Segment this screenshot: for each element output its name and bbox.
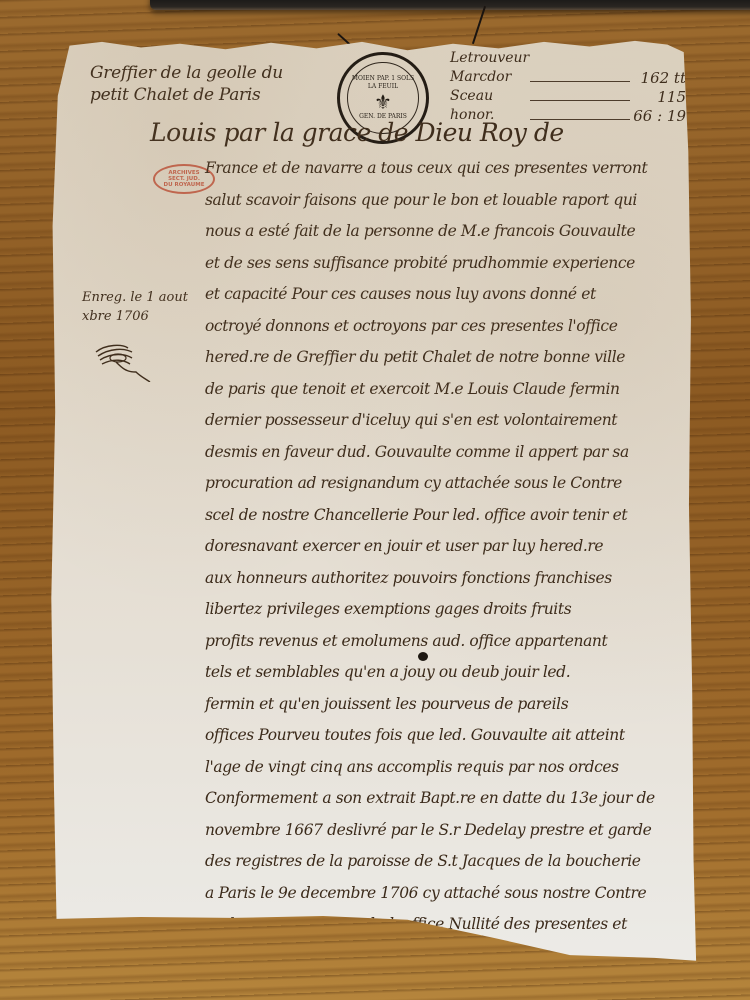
header-left-note: Greffier de la geolle du petit Chalet de… (90, 62, 283, 106)
document-title: Louis par la grace de Dieu Roy de (150, 118, 564, 147)
margin-note-line: xbre 1706 (82, 307, 188, 326)
body-line: de sa reception Si donnons en mandement (205, 941, 695, 973)
body-line: des registres de la paroisse de S.t Jacq… (205, 846, 695, 878)
margin-note-line: Enreg. le 1 aout (82, 288, 188, 307)
header-left-line: petit Chalet de Paris (90, 84, 283, 106)
fee-value: 162 tt (641, 69, 686, 87)
body-line: tels et semblables qu'en a jouy ou deub … (205, 657, 695, 689)
archive-stamp-line: DU ROYAUME (164, 182, 205, 188)
dark-object-top-edge (150, 0, 750, 10)
margin-registration-note: Enreg. le 1 aout xbre 1706 (82, 288, 188, 326)
manuscript-page: Greffier de la geolle du petit Chalet de… (50, 40, 700, 970)
body-line: octroyé donnons et octroyons par ces pre… (205, 311, 695, 343)
fee-row: Letrouveur (450, 50, 690, 69)
fee-value: 66 : 19 (633, 107, 686, 125)
body-line: nous a esté fait de la personne de M.e f… (205, 216, 695, 248)
body-line: procuration ad resignandum cy attachée s… (205, 468, 695, 500)
body-line: profits revenus et emolumens aud. office… (205, 626, 695, 658)
body-line: hered.re de Greffier du petit Chalet de … (205, 342, 695, 374)
body-line: salut scavoir faisons que pour le bon et… (205, 185, 695, 217)
body-line: France et de navarre a tous ceux qui ces… (205, 153, 695, 185)
ink-blot (418, 652, 428, 661)
body-line: doresnavant exercer en jouir et user par… (205, 531, 695, 563)
fee-row: Marcdor 162 tt (450, 69, 690, 88)
fee-label: Sceau (450, 88, 493, 104)
body-line: offices Pourveu toutes fois que led. Gou… (205, 720, 695, 752)
body-line: fermin et qu'en jouissent les pourveus d… (205, 689, 695, 721)
body-line: a Paris le 9e decembre 1706 cy attaché s… (205, 878, 695, 910)
body-line: au prevost de paris ou son lieutenant Ci… (205, 972, 695, 1000)
body-line: dernier possesseur d'iceluy qui s'en est… (205, 405, 695, 437)
fees-list: Letrouveur Marcdor 162 tt Sceau 115 hono… (450, 50, 690, 126)
body-line: scel de nostre Chancellerie Pour led. of… (205, 500, 695, 532)
fee-rule (530, 81, 630, 82)
body-line: Conformement a son extrait Bapt.re en da… (205, 783, 695, 815)
body-line: libertez privileges exemptions gages dro… (205, 594, 695, 626)
body-line: l'age de vingt cinq ans accomplis requis… (205, 752, 695, 784)
body-line: scel a peine de perte dud. office Nullit… (205, 909, 695, 941)
body-line: desmis en faveur dud. Gouvaulte comme il… (205, 437, 695, 469)
fee-label: Marcdor (450, 69, 511, 85)
body-line: novembre 1667 deslivré par le S.r Dedela… (205, 815, 695, 847)
fee-label: Letrouveur (450, 50, 529, 66)
paraph-signature-icon (92, 338, 152, 382)
body-line: de paris que tenoit et exercoit M.e Loui… (205, 374, 695, 406)
body-line: aux honneurs authoritez pouvoirs fonctio… (205, 563, 695, 595)
fee-row: Sceau 115 (450, 88, 690, 107)
fleur-de-lis-icon: ⚜ (374, 91, 392, 113)
letters-patent-body: France et de navarre a tous ceux qui ces… (205, 153, 695, 1000)
cable (472, 6, 486, 45)
fee-rule (530, 100, 630, 101)
body-line: et capacité Pour ces causes nous luy avo… (205, 279, 695, 311)
body-line: et de ses sens suffisance probité prudho… (205, 248, 695, 280)
seal-top-text: MOIEN PAP. 1 SOLS LA FEUIL (348, 75, 418, 91)
header-left-line: Greffier de la geolle du (90, 62, 283, 84)
fee-value: 115 (657, 88, 686, 106)
